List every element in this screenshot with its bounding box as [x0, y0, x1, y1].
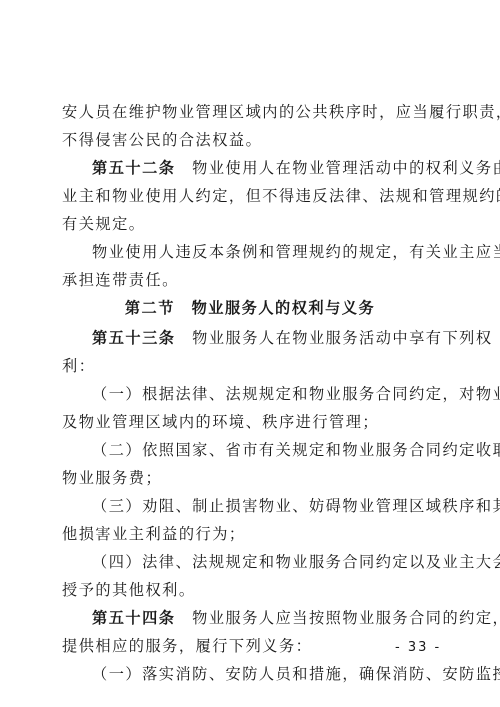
text-line: 不得侵害公民的合法权益。	[62, 130, 262, 150]
text-line: 及物业管理区域内的环境、秩序进行管理；	[62, 412, 379, 432]
text-line: 利：	[62, 356, 95, 376]
text-line: 业主和物业使用人约定，但不得违反法律、法规和管理规约的	[62, 186, 500, 206]
list-item: （一）落实消防、安防人员和措施，确保消防、安防监控	[92, 664, 500, 684]
list-item: （一）根据法律、法规规定和物业服务合同约定，对物业	[92, 384, 500, 404]
list-item: （四）法律、法规规定和物业服务合同约定以及业主大会	[92, 552, 500, 572]
article-52-first-line: 第五十二条 物业使用人在物业管理活动中的权利义务由	[92, 158, 500, 178]
article-label: 第五十四条	[92, 609, 175, 627]
text-line: 物业服务费；	[62, 468, 162, 488]
list-item: （二）依照国家、省市有关规定和物业服务合同约定收取	[92, 440, 500, 460]
text-line: 授予的其他权利。	[62, 580, 196, 600]
page-number: - 33 -	[395, 640, 441, 655]
text-line: 承担连带责任。	[62, 270, 179, 290]
list-item: （三）劝阻、制止损害物业、妨碍物业管理区域秩序和其	[92, 496, 500, 516]
text-line: 提供相应的服务，履行下列义务：	[62, 636, 312, 656]
text-line: 他损害业主利益的行为；	[62, 524, 246, 544]
article-text: 物业服务人在物业服务活动中享有下列权	[192, 329, 492, 347]
article-label: 第五十二条	[92, 159, 175, 177]
article-53-first-line: 第五十三条 物业服务人在物业服务活动中享有下列权	[92, 328, 493, 348]
article-54-first-line: 第五十四条 物业服务人应当按照物业服务合同的约定，	[92, 608, 500, 628]
text-line: 物业使用人违反本条例和管理规约的规定，有关业主应当	[92, 242, 500, 262]
article-text: 物业使用人在物业管理活动中的权利义务由	[192, 159, 500, 177]
text-line: 有关规定。	[62, 214, 145, 234]
text-line: 安人员在维护物业管理区域内的公共秩序时，应当履行职责，	[62, 102, 500, 122]
article-label: 第五十三条	[92, 329, 175, 347]
article-text: 物业服务人应当按照物业服务合同的约定，	[192, 609, 500, 627]
section-heading: 第二节 物业服务人的权利与义务	[0, 298, 500, 318]
